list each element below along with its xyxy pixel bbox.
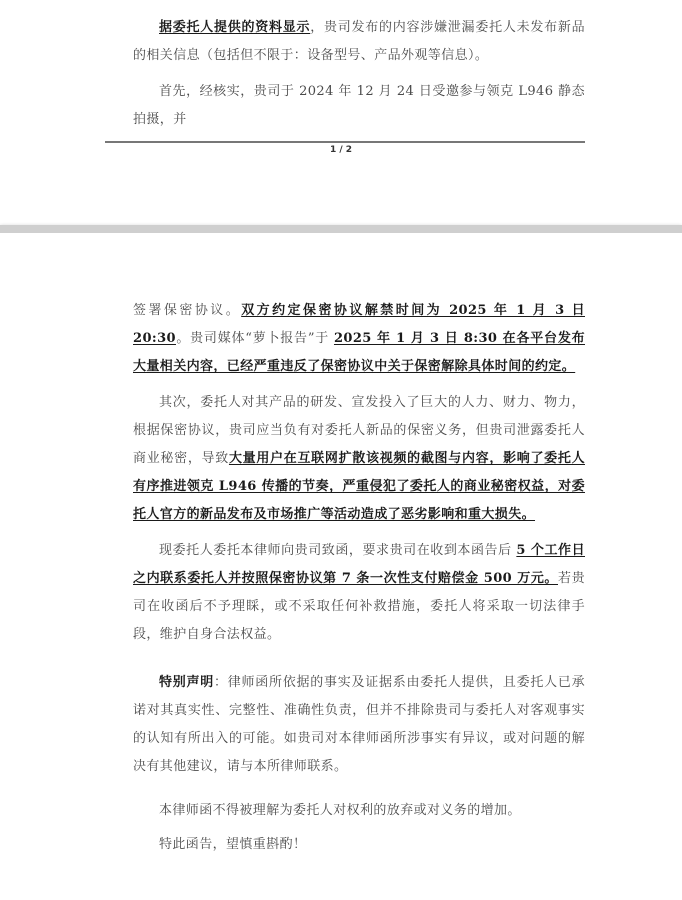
page1-paragraph-source-statement: 据委托人提供的资料显示，贵司发布的内容涉嫌泄漏委托人未发布新品的相关信息（包括但… xyxy=(133,14,585,70)
page-footer-divider xyxy=(105,141,585,143)
page-separator xyxy=(0,225,682,233)
document-page-1: 据委托人提供的资料显示，贵司发布的内容涉嫌泄漏委托人未发布新品的相关信息（包括但… xyxy=(0,0,682,225)
page2-paragraph-confidentiality-breach: 签署保密协议。双方约定保密协议解禁时间为 2025 年 1 月 3 日 20:3… xyxy=(133,297,585,381)
page1-body: 据委托人提供的资料显示，贵司发布的内容涉嫌泄漏委托人未发布新品的相关信息（包括但… xyxy=(133,14,585,134)
document-page-2: 签署保密协议。双方约定保密协议解禁时间为 2025 年 1 月 3 日 20:3… xyxy=(0,233,682,900)
page2-paragraph-disclaimer: 本律师函不得被理解为委托人对权利的放弃或对义务的增加。 xyxy=(133,797,585,825)
paragraph-text: 签署保密协议。 xyxy=(133,303,241,318)
special-statement-label: 特别声明 xyxy=(159,675,214,690)
page2-body: 签署保密协议。双方约定保密协议解禁时间为 2025 年 1 月 3 日 20:3… xyxy=(133,297,585,859)
paragraph-text: 本律师函不得被理解为委托人对权利的放弃或对义务的增加。 xyxy=(159,803,521,818)
page2-paragraph-closing: 特此函告，望慎重斟酌！ xyxy=(133,831,585,859)
page2-paragraph-special-statement: 特别声明：律师函所依据的事实及证据系由委托人提供，且委托人已承诺对其真实性、完整… xyxy=(133,669,585,781)
emphasized-text: 据委托人提供的资料显示 xyxy=(159,20,310,35)
page2-paragraph-demand: 现委托人委托本律师向贵司致函，要求贵司在收到本函告后 5 个工作日之内联系委托人… xyxy=(133,537,585,649)
page-number: 1 / 2 xyxy=(0,145,682,155)
paragraph-text: 特此函告，望慎重斟酌！ xyxy=(159,837,306,852)
page2-paragraph-damages: 其次，委托人对其产品的研发、宣发投入了巨大的人力、财力、物力，根据保密协议，贵司… xyxy=(133,389,585,529)
paragraph-text: 现委托人委托本律师向贵司致函，要求贵司在收到本函告后 xyxy=(159,543,516,558)
paragraph-text: 。贵司媒体“萝卜报告”于 xyxy=(176,331,334,346)
page1-paragraph-first-point: 首先，经核实，贵司于 2024 年 12 月 24 日受邀参与领克 L946 静… xyxy=(133,78,585,134)
paragraph-text: 首先，经核实，贵司于 2024 年 12 月 24 日受邀参与领克 L946 静… xyxy=(133,84,585,127)
